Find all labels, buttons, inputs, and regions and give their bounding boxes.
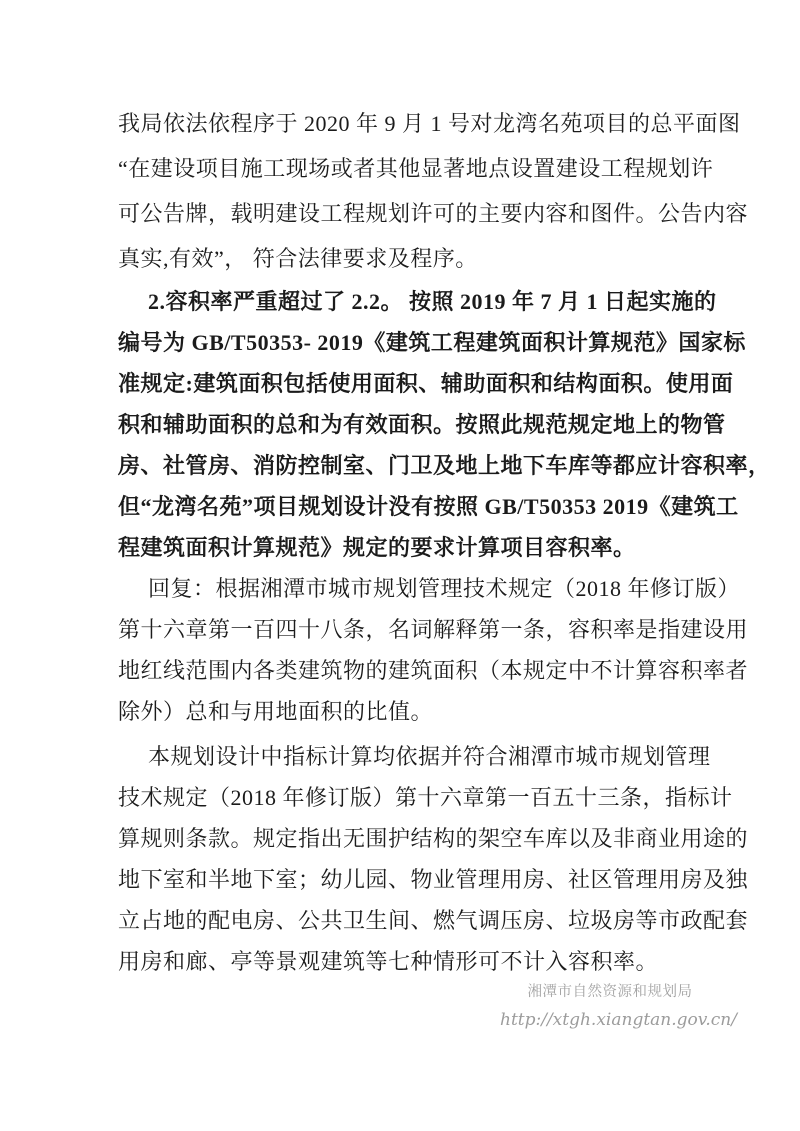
text-line: 可公告牌，载明建设工程规划许可的主要内容和图件。公告内容 xyxy=(118,191,693,236)
watermark-url-text: http://xtgh.xiangtan.gov.cn/ xyxy=(500,1010,720,1030)
text-line: 除外）总和与用地面积的比值。 xyxy=(118,691,693,732)
paragraph-intro-continuation: 我局依法依程序于 2020 年 9 月 1 号对龙湾名苑项目的总平面图 “在建设… xyxy=(118,101,693,281)
text-line: “在建设项目施工现场或者其他显著地点设置建设工程规划许 xyxy=(118,146,693,191)
text-line: 技术规定（2018 年修订版）第十六章第一百五十三条，指标计 xyxy=(118,777,693,818)
paragraph-reply-calculation-rules: 本规划设计中指标计算均依据并符合湘潭市城市规划管理 技术规定（2018 年修订版… xyxy=(118,736,693,982)
text-line: 第十六章第一百四十八条，名词解释第一条，容积率是指建设用 xyxy=(118,609,693,650)
text-line: 立占地的配电房、公共卫生间、燃气调压房、垃圾房等市政配套 xyxy=(118,900,693,941)
text-line: 本规划设计中指标计算均依据并符合湘潭市城市规划管理 xyxy=(118,736,693,777)
document-page: 我局依法依程序于 2020 年 9 月 1 号对龙湾名苑项目的总平面图 “在建设… xyxy=(0,0,800,1131)
text-line: 编号为 GB/T50353- 2019《建筑工程建筑面积计算规范》国家标 xyxy=(118,322,693,363)
text-line: 准规定:建筑面积包括使用面积、辅助面积和结构面积。使用面 xyxy=(118,363,693,404)
paragraph-complaint-item-2: 2.容积率严重超过了 2.2。 按照 2019 年 7 月 1 日起实施的 编号… xyxy=(118,281,693,568)
text-line: 真实,有效”， 符合法律要求及程序。 xyxy=(118,236,693,281)
document-body: 我局依法依程序于 2020 年 9 月 1 号对龙湾名苑项目的总平面图 “在建设… xyxy=(118,101,693,982)
paragraph-reply-definition: 回复：根据湘潭市城市规划管理技术规定（2018 年修订版） 第十六章第一百四十八… xyxy=(118,568,693,732)
text-line: 但“龙湾名苑”项目规划设计没有按照 GB/T50353 2019《建筑工 xyxy=(118,486,693,527)
text-line: 我局依法依程序于 2020 年 9 月 1 号对龙湾名苑项目的总平面图 xyxy=(118,101,693,146)
text-line: 算规则条款。规定指出无围护结构的架空车库以及非商业用途的 xyxy=(118,818,693,859)
text-line: 积和辅助面积的总和为有效面积。按照此规范规定地上的物管 xyxy=(118,404,693,445)
text-line: 用房和廊、亭等景观建筑等七种情形可不计入容积率。 xyxy=(118,941,693,982)
text-line: 地下室和半地下室；幼儿园、物业管理用房、社区管理用房及独 xyxy=(118,859,693,900)
text-line: 2.容积率严重超过了 2.2。 按照 2019 年 7 月 1 日起实施的 xyxy=(118,281,693,322)
text-line: 房、社管房、消防控制室、门卫及地上地下车库等都应计容积率， xyxy=(118,445,693,486)
watermark-agency-text: 湘潭市自然资源和规划局 xyxy=(500,982,720,1002)
watermark: 湘潭市自然资源和规划局 http://xtgh.xiangtan.gov.cn/ xyxy=(500,982,720,1030)
text-line: 回复：根据湘潭市城市规划管理技术规定（2018 年修订版） xyxy=(118,568,693,609)
text-line: 程建筑面积计算规范》规定的要求计算项目容积率。 xyxy=(118,527,693,568)
text-line: 地红线范围内各类建筑物的建筑面积（本规定中不计算容积率者 xyxy=(118,650,693,691)
